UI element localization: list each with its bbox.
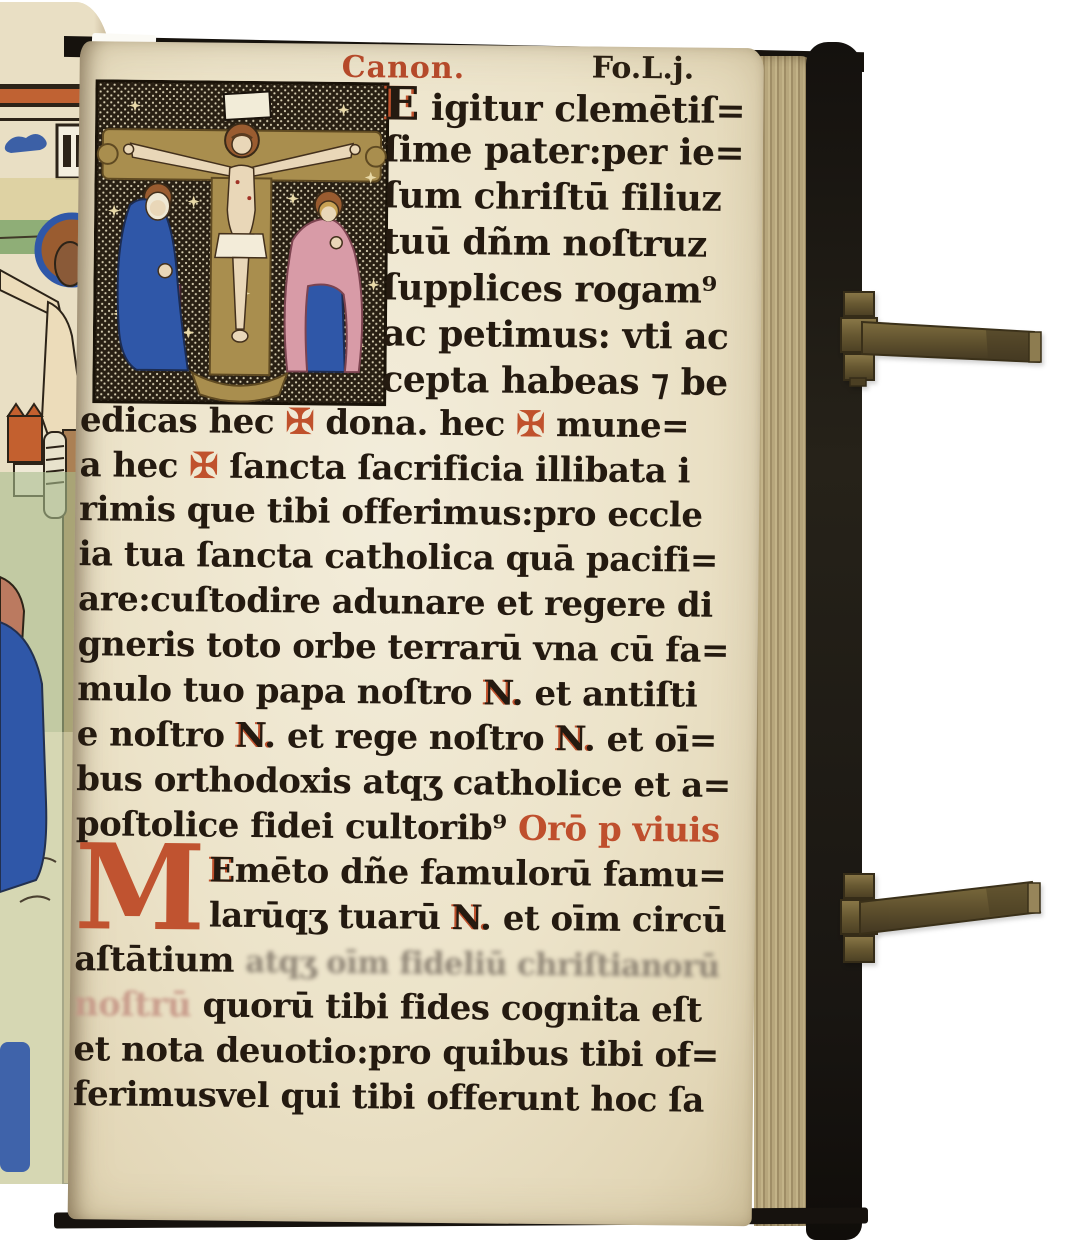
clasp-top-art <box>836 286 1054 390</box>
memento-indented-lines: Emēto dñe famulorū famu=larūqʒ tuarū N. … <box>209 849 750 945</box>
body-text: mune= <box>544 405 689 447</box>
text-line: ferimusvel qui tibi offerunt hoc ſa <box>73 1072 749 1124</box>
body-text: are:cuſtodire adunare et regere di <box>78 579 713 626</box>
clasp-bottom-art <box>836 870 1054 970</box>
text-line: edicas hec ✠ dona. hec ✠ mune= <box>80 397 756 449</box>
text-line: ia tua ſancta catholica quā pacifi= <box>78 532 754 584</box>
folio-number: Fo.L.j. <box>592 51 695 87</box>
text-line: a hec ✠ ſancta ſacrificia illibata i <box>79 442 755 494</box>
text-line: ac petimus: vti ac <box>382 310 754 360</box>
text-line: noſtrū quorū tibi fides cognita eſt <box>74 982 750 1034</box>
body-text: e noſtro <box>77 714 237 756</box>
text-line: cepta habeas ⁊ be <box>381 356 753 406</box>
body-text: edicas hec <box>80 400 286 442</box>
text-line: ſupplices rogam⁹ <box>382 264 754 314</box>
body-text: N. <box>236 716 276 756</box>
body-text: ſum chriſtū filiuz <box>383 174 721 220</box>
maltese-cross-icon: ✠ <box>516 404 545 445</box>
text-line: e noſtro N. et rege noſtro N. et oī= <box>77 712 753 764</box>
body-text: larūqʒ tuarū <box>209 896 452 939</box>
body-text: tuū dñm noſtruz <box>383 220 707 265</box>
text-line: ſum chriſtū filiuz <box>383 172 755 222</box>
clasp-top <box>836 286 1054 394</box>
body-text: N. <box>555 719 595 759</box>
body-text: et nota deuotio:pro quibus tibi of= <box>73 1029 719 1076</box>
body-text: et oīm circū <box>491 898 726 940</box>
body-text: mulo tuo papa noſtro <box>77 669 484 713</box>
body-text: ia tua ſancta catholica quā pacifi= <box>78 534 718 581</box>
text-line: bus orthodoxis atqʒ catholice et a= <box>76 757 752 809</box>
maltese-cross-icon: ✠ <box>189 445 218 486</box>
body-text: gneris toto orbe terrarū vna cū fa= <box>77 624 729 671</box>
body-text: et antiſti <box>523 674 698 716</box>
text-line: ſime pater:per ie= <box>384 126 756 176</box>
body-text: ac petimus: vti ac <box>382 312 729 358</box>
body-text: et rege noſtro <box>275 716 555 759</box>
body-text: mēto dñe famulorū famu= <box>235 851 727 896</box>
body-text: ſime pater:per ie= <box>384 128 745 174</box>
crucifixion-miniature <box>92 79 389 406</box>
body-text: igitur clemētiſ= <box>419 87 746 132</box>
body-text: aſtātium <box>74 939 245 981</box>
clasp-strap <box>862 322 1041 362</box>
crucifixion-miniature-art <box>92 79 389 406</box>
memento-text-block: aſtātium atqʒ oīm fideliū chriſtianorūno… <box>73 937 751 1124</box>
text-line: gneris toto orbe terrarū vna cū fa= <box>77 622 753 674</box>
body-text: cepta habeas ⁊ be <box>381 358 728 404</box>
body-text: rimis que tibi offerimus:pro eccle <box>79 489 703 536</box>
faded-text: noſtrū <box>74 984 192 1025</box>
erased-text: atqʒ oīm fideliū chriſtianorū <box>245 944 719 985</box>
te-igitur-column: E igitur clemētiſ=ſime pater:per ie=ſum … <box>381 80 756 406</box>
body-text: et oī= <box>595 720 717 761</box>
text-line: aſtātium atqʒ oīm fideliū chriſtianorū <box>74 937 750 989</box>
text-line: tuū dñm noſtruz <box>383 218 755 268</box>
body-text: ſancta ſacrificia illibata i <box>218 447 691 492</box>
text-line: rimis que tibi offerimus:pro eccle <box>79 487 755 539</box>
titulus-scroll <box>224 91 271 119</box>
body-text: quorū tibi fides cognita eſt <box>191 985 702 1030</box>
body-text: dona. hec <box>314 403 517 445</box>
text-line: E igitur clemētiſ= <box>384 80 756 130</box>
maltese-cross-icon: ✠ <box>285 401 314 442</box>
body-text: N. <box>483 673 523 713</box>
body-text: E <box>209 851 235 891</box>
text-line: larūqʒ tuarū N. et oīm circū <box>209 894 749 945</box>
body-text: bus orthodoxis atqʒ catholice et a= <box>76 759 731 806</box>
text-line: are:cuſtodire adunare et regere di <box>78 577 754 629</box>
recto-page: Canon. Fo.L.j. <box>68 41 764 1226</box>
text-line: et nota deuotio:pro quibus tibi of= <box>73 1027 749 1079</box>
body-text: E <box>384 76 419 130</box>
rubric-text: Orō p viuis <box>518 809 720 851</box>
book-photograph: Canon. Fo.L.j. <box>0 0 1092 1260</box>
body-text: ſupplices rogam⁹ <box>382 266 717 311</box>
body-text: N. <box>452 898 492 938</box>
text-line: Emēto dñe famulorū famu= <box>209 849 749 900</box>
canon-text-block: edicas hec ✠ dona. hec ✠ mune=a hec ✠ ſa… <box>76 397 757 854</box>
text-line: mulo tuo papa noſtro N. et antiſti <box>77 667 753 719</box>
body-text: a hec <box>79 445 189 486</box>
body-text: ferimusvel qui tibi offerunt hoc ſa <box>73 1074 704 1121</box>
binding-board <box>806 42 862 1240</box>
clasp-strap <box>860 882 1040 934</box>
memento-initial-m: M <box>71 839 210 936</box>
clasp-bottom <box>836 870 1054 974</box>
